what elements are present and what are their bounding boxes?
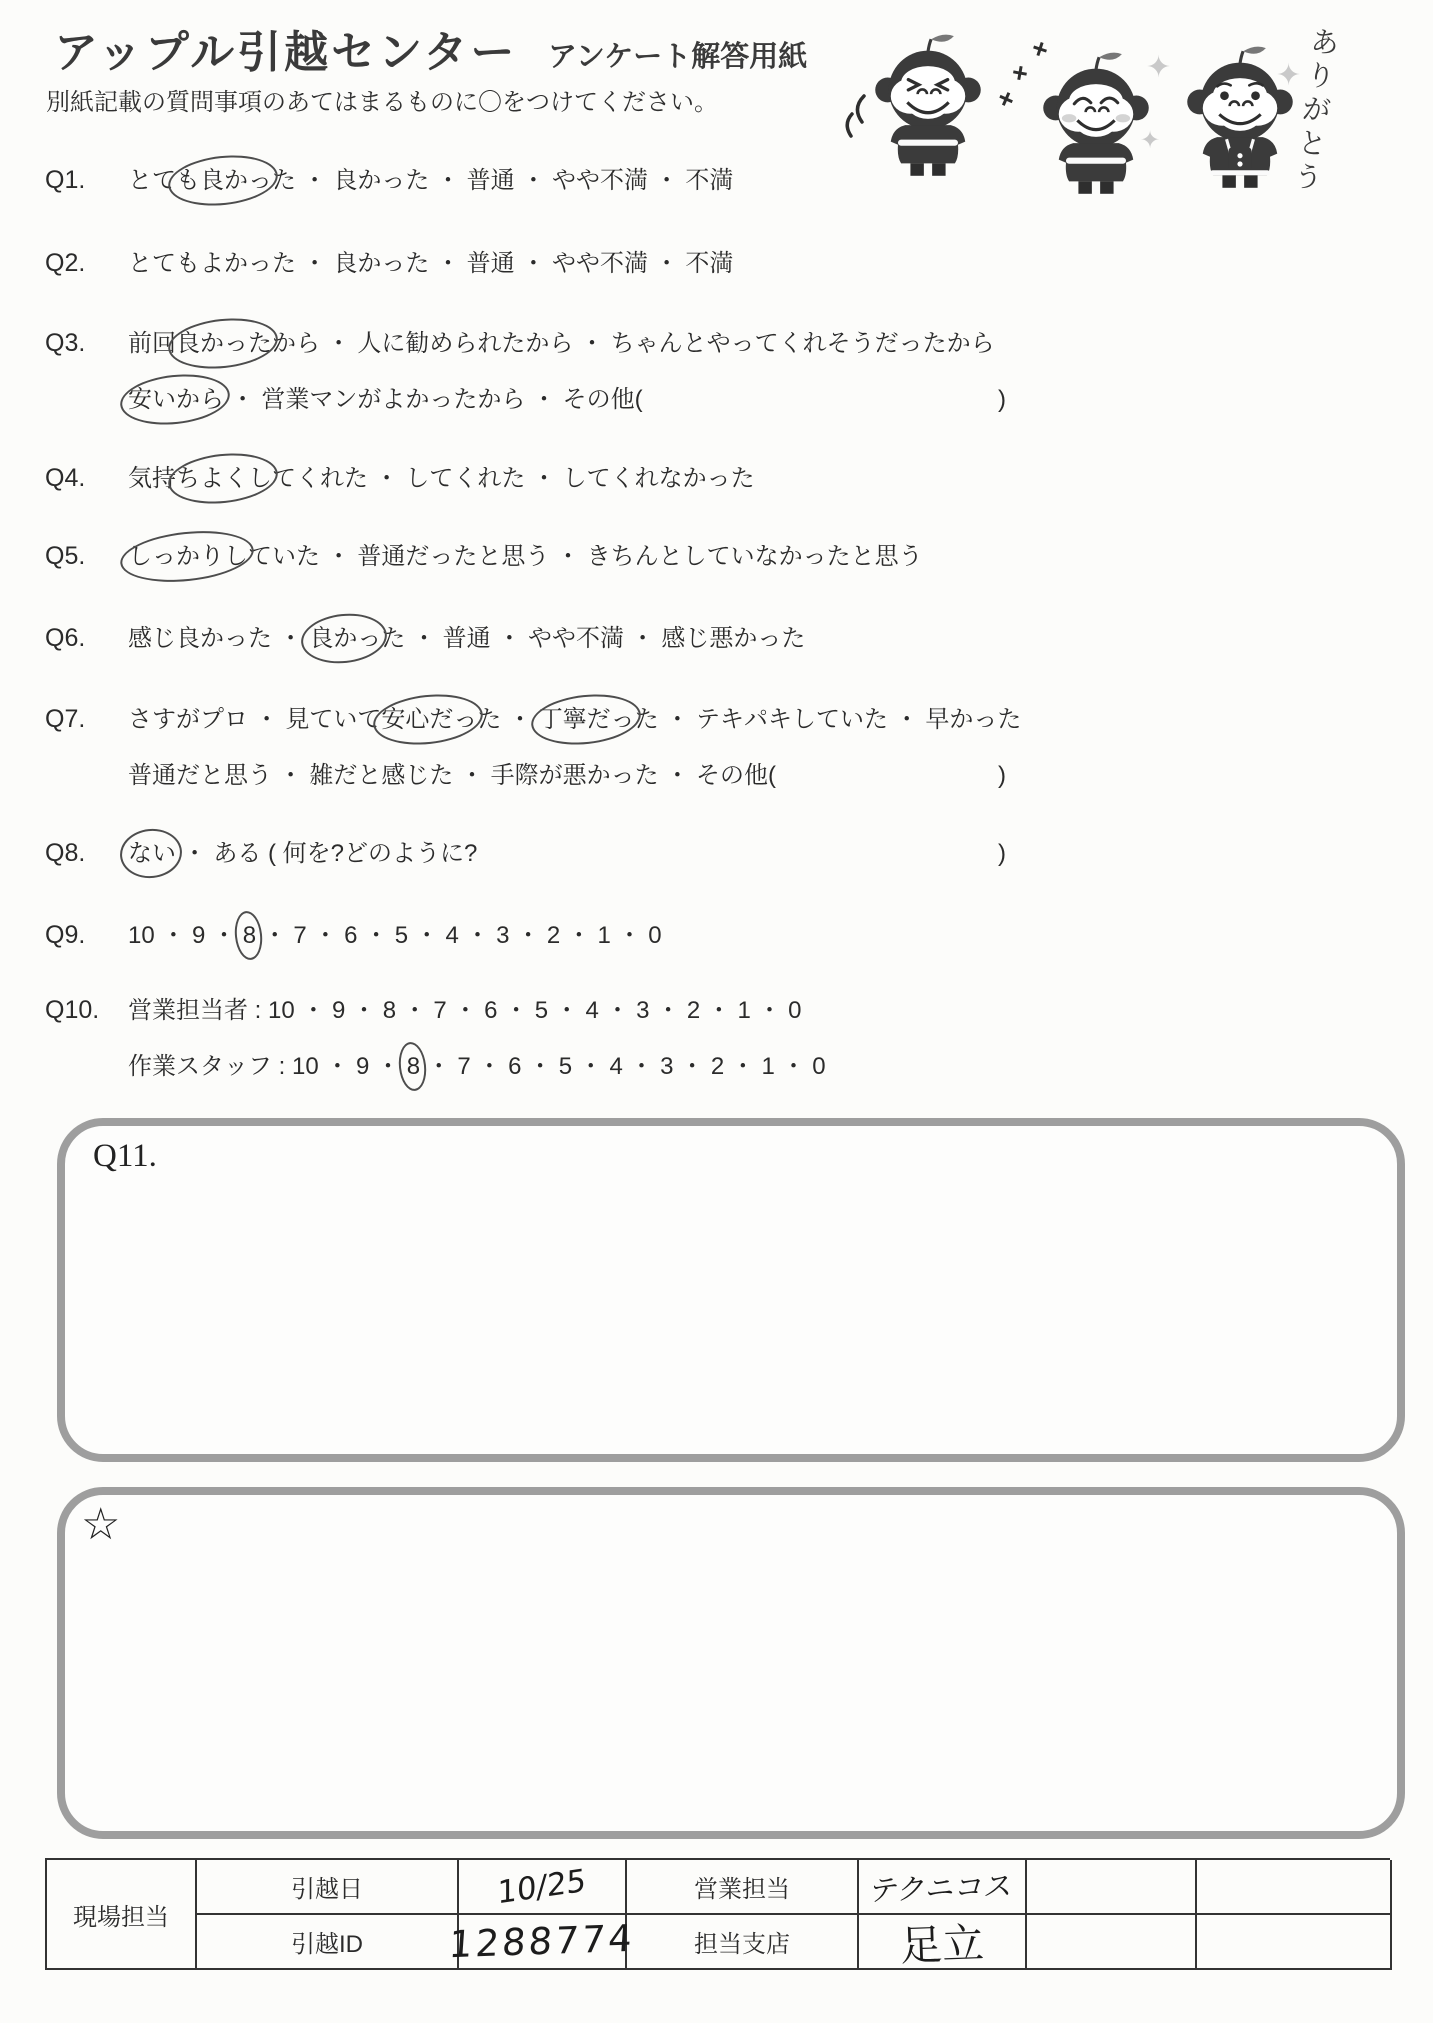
question-line: さすがプロ ・ 見ていて安心だった ・ 丁寧だった ・ テキパキしていた ・ 早… (128, 705, 1145, 735)
winking-monkey-icon (868, 32, 988, 182)
brand-title: アップル引越センター (54, 16, 517, 80)
answer-options: た ・ テキパキしていた ・ 早かった (635, 705, 1022, 735)
q11-label: Q11. (93, 1138, 157, 1175)
answer-options: とてもよかった ・ 良かった ・ 普通 ・ やや不満 ・ 不満 (128, 249, 733, 279)
question-number: Q8. (45, 839, 128, 869)
closing-paren: ) (998, 839, 1006, 869)
question-line: 営業担当者 : 10 ・ 9 ・ 8 ・ 7 ・ 6 ・ 5 ・ 4 ・ 3 ・… (128, 996, 1145, 1026)
move-id-value: 1288774 (459, 1915, 627, 1970)
answer-options: ていた ・ 普通だったと思う ・ きちんとしていなかったと思う (248, 542, 923, 572)
site-crew-cell-4 (1197, 1915, 1392, 1970)
question-line: 普通だと思う ・ 雑だと感じた ・ 手際が悪かった ・ その他() (128, 761, 1006, 791)
circled-answer: 良かった (176, 329, 272, 359)
question-number: Q1. (45, 166, 128, 196)
answer-options: ・ 7 ・ 6 ・ 5 ・ 4 ・ 3 ・ 2 ・ 1 ・ 0 (420, 1052, 825, 1082)
answer-options: から ・ 人に勧められたから ・ ちゃんとやってくれそうだったから (272, 329, 995, 359)
question-number: Q3. (45, 329, 128, 415)
answer-options: た ・ 普通 ・ やや不満 ・ 感じ悪かった (381, 624, 805, 654)
question-number: Q10. (45, 996, 128, 1082)
move-date-label: 引越日 (197, 1860, 459, 1915)
closing-paren: ) (998, 761, 1006, 791)
question-line: 安いから ・ 営業マンがよかったから ・ その他() (128, 385, 1006, 415)
circled-answer: 良かっ (309, 624, 381, 654)
question-line: 作業スタッフ : 10 ・ 9 ・ 8 ・ 7 ・ 6 ・ 5 ・ 4 ・ 3 … (128, 1052, 1145, 1082)
question-number: Q4. (45, 464, 128, 494)
question-line: 前回良かったから ・ 人に勧められたから ・ ちゃんとやってくれそうだったから (128, 329, 1145, 359)
star-icon: ☆ (81, 1499, 120, 1550)
sheet-title: アンケート解答用紙 (548, 34, 807, 75)
answer-options: 10 ・ 9 ・ (128, 921, 243, 951)
question-row: Q6.感じ良かった ・ 良かった ・ 普通 ・ やや不満 ・ 感じ悪かった (45, 624, 1145, 654)
circled-answer: ない (128, 839, 176, 869)
question-line: とてもよかった ・ 良かった ・ 普通 ・ やや不満 ・ 不満 (128, 249, 1145, 279)
question-number: Q6. (45, 624, 128, 654)
answer-options: た ・ (477, 705, 538, 735)
footer-info-table: 引越日 10/25 営業担当 テクニコス 現場担当 引越ID 1288774 担… (45, 1858, 1390, 1970)
sales-rep-label: 営業担当 (627, 1860, 859, 1915)
question-row: Q1.とても良かった ・ 良かった ・ 普通 ・ やや不満 ・ 不満 (45, 166, 1145, 196)
star-comment-box: ☆ (57, 1487, 1405, 1839)
instruction-text: 別紙記載の質問事項のあてはまるものに〇をつけてください。 (46, 82, 718, 117)
question-row: Q8.ない ・ ある ( 何を?どのように?) (45, 839, 1145, 869)
answer-options: ・ ある ( 何を?どのように? (176, 839, 477, 869)
circled-answer: しっかりし (128, 542, 248, 572)
question-row: Q3.前回良かったから ・ 人に勧められたから ・ ちゃんとやってくれそうだった… (45, 329, 1145, 415)
answer-options: てくれた ・ してくれた ・ してくれなかった (272, 464, 755, 494)
question-row: Q2.とてもよかった ・ 良かった ・ 普通 ・ やや不満 ・ 不満 (45, 249, 1145, 279)
answer-options: 普通だと思う ・ 雑だと感じた ・ 手際が悪かった ・ その他( (128, 761, 776, 791)
survey-sheet: アップル引越センター アンケート解答用紙 別紙記載の質問事項のあてはまるものに〇… (0, 0, 1433, 2023)
question-row: Q5.しっかりしていた ・ 普通だったと思う ・ きちんとしていなかったと思う (45, 542, 1145, 572)
answer-options: 作業スタッフ : 10 ・ 9 ・ (128, 1052, 407, 1082)
question-number: Q5. (45, 542, 128, 572)
question-line: 10 ・ 9 ・ 8 ・ 7 ・ 6 ・ 5 ・ 4 ・ 3 ・ 2 ・ 1 ・… (128, 921, 1145, 951)
circled-answer: も良かっ (176, 166, 272, 196)
circled-answer: 8 (407, 1052, 420, 1082)
branch-value: 足立 (859, 1915, 1027, 1970)
circled-answer: 安いから (128, 385, 224, 415)
question-number: Q2. (45, 249, 128, 279)
smiling-monkey-icon (1180, 44, 1300, 194)
answer-options: た ・ 良かった ・ 普通 ・ やや不満 ・ 不満 (272, 166, 733, 196)
answer-options: 感じ良かった ・ (128, 624, 309, 654)
sparkle-icon: ✦ (1146, 50, 1171, 85)
circled-answer: ちよくし (176, 464, 272, 494)
site-crew-cell-3 (1027, 1915, 1197, 1970)
question-line: 感じ良かった ・ 良かった ・ 普通 ・ やや不満 ・ 感じ悪かった (128, 624, 1145, 654)
sales-rep-value: テクニコス (859, 1860, 1027, 1915)
sparkle-icon: ✦ (1140, 126, 1160, 155)
answer-options: ・ 営業マンがよかったから ・ その他( (224, 385, 643, 415)
site-crew-cell-2 (1197, 1860, 1392, 1915)
move-id-label: 引越ID (197, 1915, 459, 1970)
answer-options: 営業担当者 : 10 ・ 9 ・ 8 ・ 7 ・ 6 ・ 5 ・ 4 ・ 3 ・… (128, 996, 802, 1026)
question-number: Q7. (45, 705, 128, 791)
question-row: Q10.営業担当者 : 10 ・ 9 ・ 8 ・ 7 ・ 6 ・ 5 ・ 4 ・… (45, 996, 1145, 1082)
site-crew-label: 現場担当 (47, 1860, 197, 1970)
question-row: Q4.気持ちよくしてくれた ・ してくれた ・ してくれなかった (45, 464, 1145, 494)
site-crew-cell-1 (1027, 1860, 1197, 1915)
question-number: Q9. (45, 921, 128, 951)
question-row: Q9.10 ・ 9 ・ 8 ・ 7 ・ 6 ・ 5 ・ 4 ・ 3 ・ 2 ・ … (45, 921, 1145, 951)
answer-options: さすがプロ ・ 見ていて (128, 705, 381, 735)
branch-label: 担当支店 (627, 1915, 859, 1970)
circled-answer: 8 (243, 921, 256, 951)
question-row: Q7.さすがプロ ・ 見ていて安心だった ・ 丁寧だった ・ テキパキしていた … (45, 705, 1145, 791)
question-line: ない ・ ある ( 何を?どのように?) (128, 839, 1006, 869)
question-line: とても良かった ・ 良かった ・ 普通 ・ やや不満 ・ 不満 (128, 166, 1145, 196)
question-line: 気持ちよくしてくれた ・ してくれた ・ してくれなかった (128, 464, 1145, 494)
circled-answer: 安心だっ (381, 705, 477, 735)
question-line: しっかりしていた ・ 普通だったと思う ・ きちんとしていなかったと思う (128, 542, 1145, 572)
circled-answer: 丁寧だっ (539, 705, 635, 735)
move-date-value: 10/25 (459, 1860, 627, 1915)
q11-comment-box: Q11. (57, 1118, 1405, 1462)
answer-options: ・ 7 ・ 6 ・ 5 ・ 4 ・ 3 ・ 2 ・ 1 ・ 0 (256, 921, 661, 951)
closing-paren: ) (998, 385, 1006, 415)
